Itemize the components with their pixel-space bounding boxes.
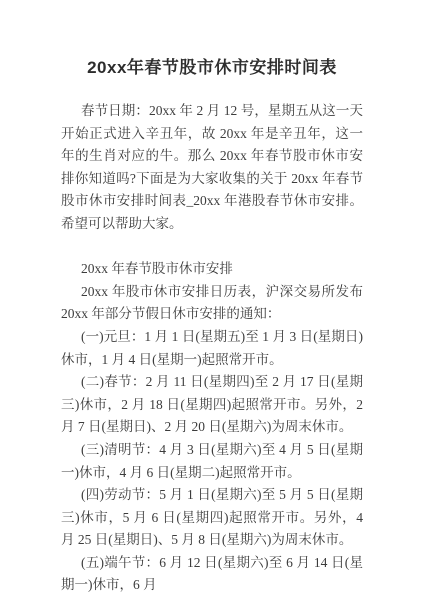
holiday-item-qingming: (三)清明节：4 月 3 日(星期六)至 4 月 5 日(星期一)休市，4 月 …	[61, 439, 363, 484]
document-title: 20xx年春节股市休市安排时间表	[61, 56, 363, 80]
holiday-item-labor-day: (四)劳动节：5 月 1 日(星期六)至 5 月 5 日(星期三)休市，5 月 …	[61, 484, 363, 552]
holiday-item-spring-festival: (二)春节：2 月 11 日(星期四)至 2 月 17 日(星期三)休市，2 月…	[61, 371, 363, 439]
section-heading: 20xx 年春节股市休市安排	[61, 258, 363, 281]
holiday-item-new-year: (一)元旦：1 月 1 日(星期五)至 1 月 3 日(星期日)休市，1 月 4…	[61, 326, 363, 371]
holiday-item-dragon-boat: (五)端午节：6 月 12 日(星期六)至 6 月 14 日(星期一)休市，6 …	[61, 552, 363, 597]
document-page: 20xx年春节股市休市安排时间表 春节日期：20xx 年 2 月 12 号，星期…	[0, 0, 424, 600]
intro-paragraph: 春节日期：20xx 年 2 月 12 号，星期五从这一天开始正式进入辛丑年，故 …	[61, 100, 363, 236]
notice-paragraph: 20xx 年股市休市安排日历表，沪深交易所发布 20xx 年部分节假日休市安排的…	[61, 281, 363, 326]
